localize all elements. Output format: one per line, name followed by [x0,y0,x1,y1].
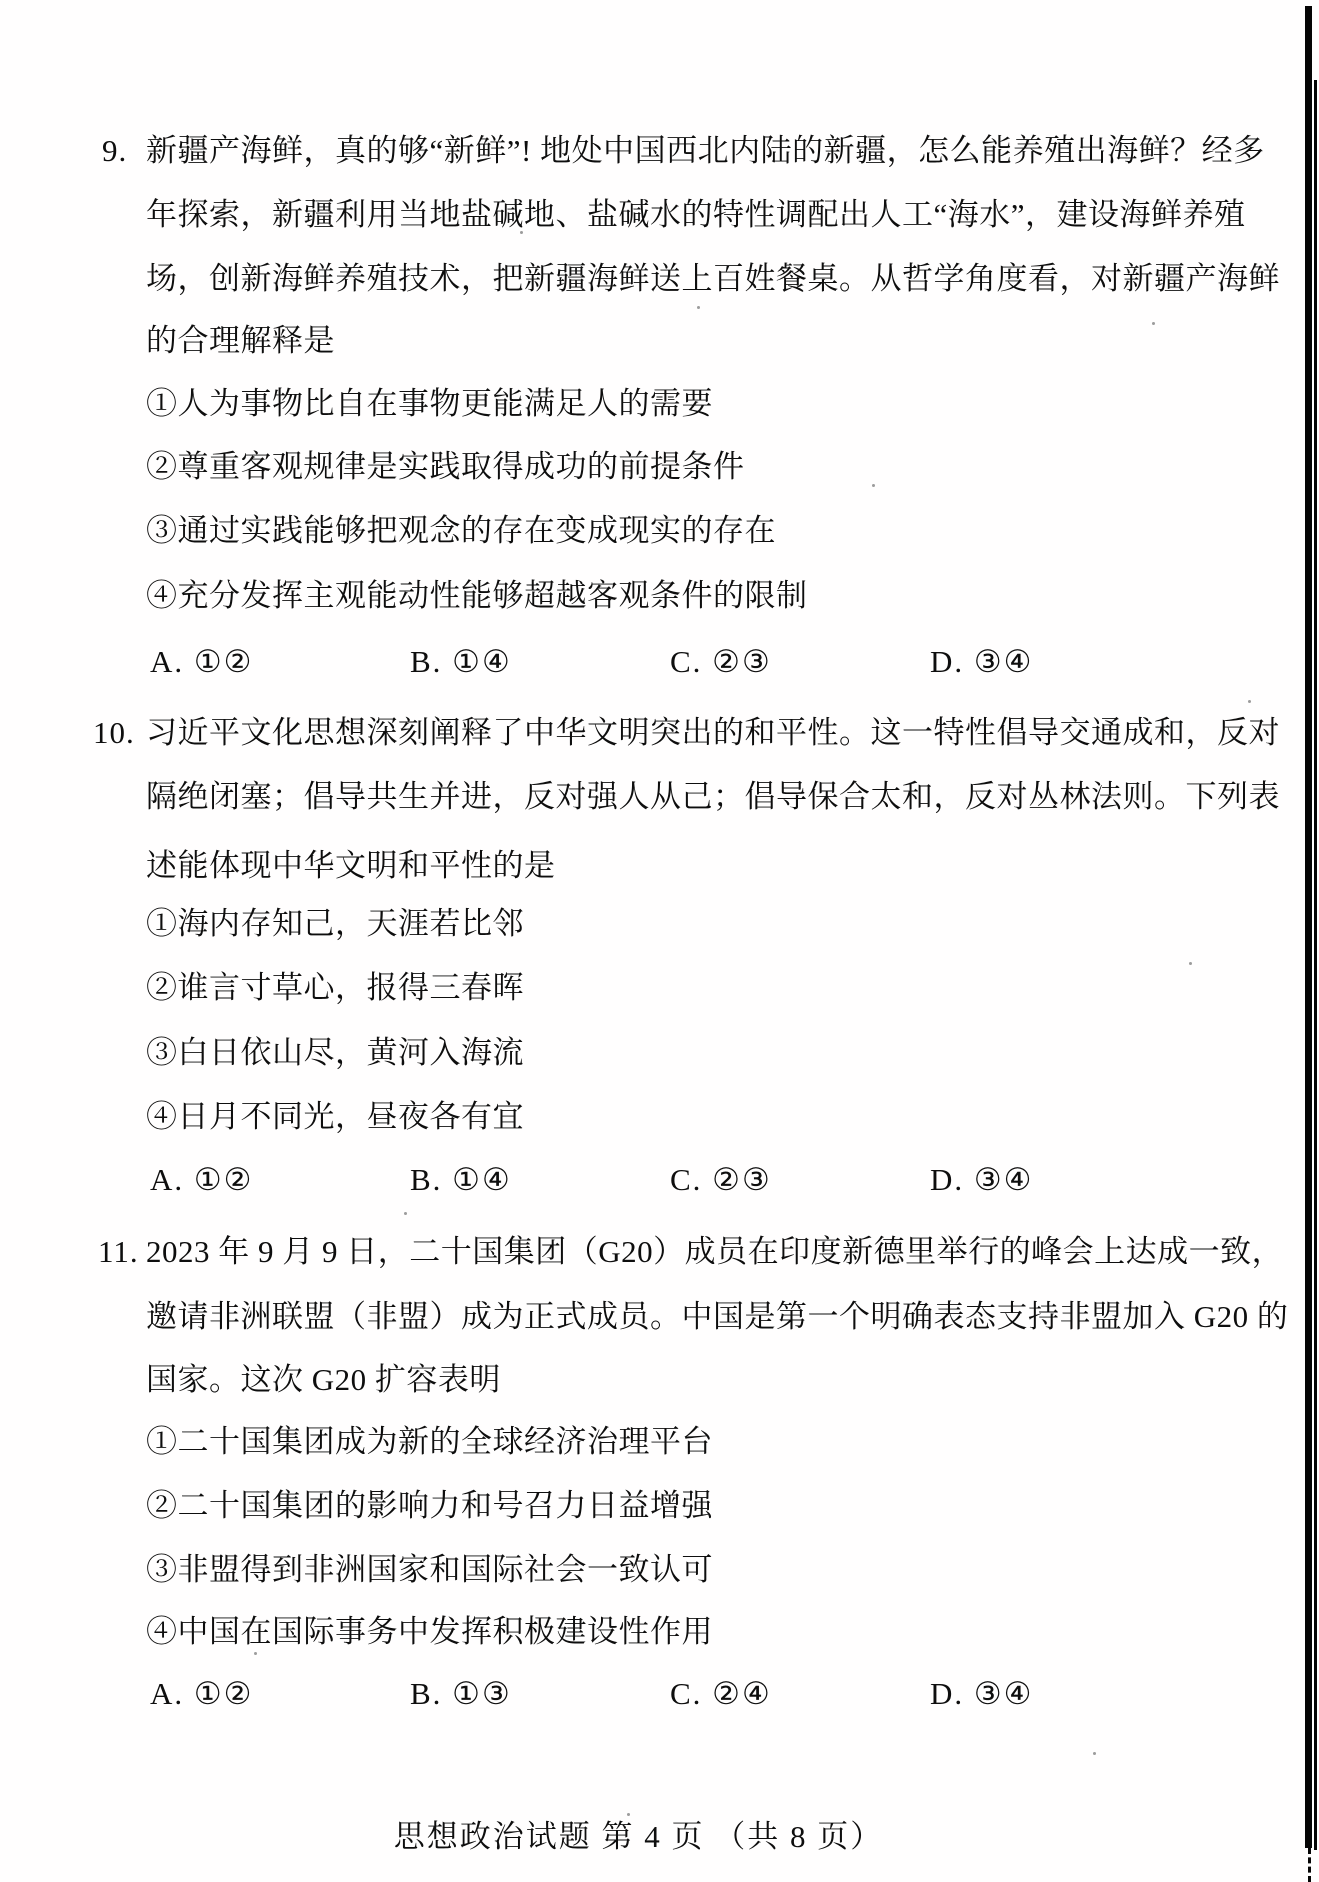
options-row: A. ①②B. ①③C. ②④D. ③④ [150,1673,1190,1715]
statement-line-3: ③通过实践能够把观念的存在变成现实的存在 [146,510,776,552]
noise-dot [1189,962,1192,965]
question-body-text: 2023 年 9 月 9 日，二十国集团（G20）成员在印度新德里举行的峰会上达… [146,1234,1283,1269]
statement-line-4: ④中国在国际事务中发挥积极建设性作用 [146,1611,713,1653]
statement-line-3: ③白日依山尽，黄河入海流 [146,1032,524,1074]
question-number: 9. [102,130,127,172]
statement-line-2: ②谁言寸草心，报得三春晖 [146,967,524,1009]
statement-line-4: ④充分发挥主观能动性能够超越客观条件的限制 [146,575,808,617]
scanned-exam-page: 9.新疆产海鲜，真的够“新鲜”! 地处中国西北内陆的新疆，怎么能养殖出海鲜？经多… [0,0,1319,1882]
option-c: C. ②③ [670,641,930,683]
question-text-line: 邀请非洲联盟（非盟）成为正式成员。中国是第一个明确表态支持非盟加入 G20 的 [146,1296,1288,1338]
option-a: A. ①② [150,1159,410,1201]
noise-dot [1248,700,1251,703]
option-c: C. ②④ [670,1673,930,1715]
question-body-text: 习近平文化思想深刻阐释了中华文明突出的和平性。这一特性倡导交通成和，反对 [146,715,1280,750]
options-row: A. ①②B. ①④C. ②③D. ③④ [150,1159,1190,1201]
statement-line-4: ④日月不同光，昼夜各有宜 [146,1096,524,1138]
question-text-line: 国家。这次 G20 扩容表明 [146,1359,501,1401]
scan-artifact-line-tail [1308,1848,1311,1882]
option-c: C. ②③ [670,1159,930,1201]
question-text-line: 9.新疆产海鲜，真的够“新鲜”! 地处中国西北内陆的新疆，怎么能养殖出海鲜？经多 [146,130,1265,172]
statement-line-1: ①海内存知己，天涯若比邻 [146,903,524,945]
option-d: D. ③④ [930,641,1190,683]
option-d: D. ③④ [930,1673,1190,1715]
noise-dot [1093,1752,1096,1755]
options-row: A. ①②B. ①④C. ②③D. ③④ [150,641,1190,683]
scan-artifact-line [1305,6,1312,1848]
statement-line-3: ③非盟得到非洲国家和国际社会一致认可 [146,1549,713,1591]
question-number: 10. [93,712,135,754]
statement-line-2: ②二十国集团的影响力和号召力日益增强 [146,1485,713,1527]
question-number: 11. [98,1231,139,1273]
statement-line-2: ②尊重客观规律是实践取得成功的前提条件 [146,446,745,488]
option-a: A. ①② [150,1673,410,1715]
option-b: B. ①④ [410,1159,670,1201]
question-text-line: 10.习近平文化思想深刻阐释了中华文明突出的和平性。这一特性倡导交通成和，反对 [146,712,1280,754]
noise-dot [697,306,700,309]
option-b: B. ①④ [410,641,670,683]
noise-dot [404,1212,407,1215]
statement-line-1: ①二十国集团成为新的全球经济治理平台 [146,1421,713,1463]
noise-dot [872,484,875,487]
question-text-line: 述能体现中华文明和平性的是 [146,845,556,887]
statement-line-1: ①人为事物比自在事物更能满足人的需要 [146,383,713,425]
question-text-line: 的合理解释是 [146,320,335,362]
question-body-text: 新疆产海鲜，真的够“新鲜”! 地处中国西北内陆的新疆，怎么能养殖出海鲜？经多 [146,133,1265,168]
option-a: A. ①② [150,641,410,683]
question-text-line: 年探索，新疆利用当地盐碱地、盐碱水的特性调配出人工“海水”，建设海鲜养殖 [146,194,1246,236]
option-b: B. ①③ [410,1673,670,1715]
page-footer: 思想政治试题 第 4 页 （共 8 页） [0,1816,1298,1858]
option-d: D. ③④ [930,1159,1190,1201]
scan-artifact-line-thin [1314,80,1317,1850]
noise-dot [1152,322,1155,325]
question-text-line: 隔绝闭塞；倡导共生并进，反对强人从己；倡导保合太和，反对丛林法则。下列表 [146,776,1280,818]
question-text-line: 场，创新海鲜养殖技术，把新疆海鲜送上百姓餐桌。从哲学角度看，对新疆产海鲜 [146,258,1280,300]
question-text-line: 11.2023 年 9 月 9 日，二十国集团（G20）成员在印度新德里举行的峰… [146,1231,1283,1273]
